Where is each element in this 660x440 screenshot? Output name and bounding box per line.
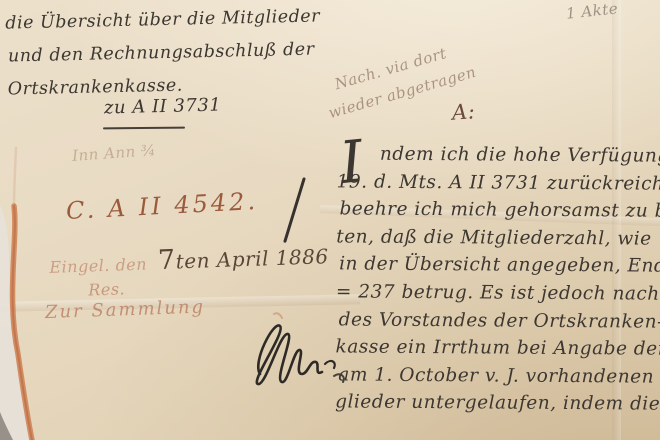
- body-paragraph: ndem ich die hohe Verfügung vom19. d. Mt…: [335, 140, 660, 419]
- body-line: kasse ein Irrthum bei Angabe der: [335, 334, 660, 365]
- signature: [222, 312, 352, 392]
- received-note: Eingel. den 7ten April 1886 Res. Zur Sam…: [49, 239, 331, 323]
- received-prefix: Eingel. den: [49, 254, 147, 276]
- slash-mark: [283, 177, 305, 243]
- body-line: am 1. October v. J. vorhandenen Mit-: [338, 361, 660, 392]
- body-line: beehre ich mich gehorsamst zu berich-: [339, 196, 660, 227]
- body-line: des Vorstandes der Ortskranken-: [339, 306, 660, 337]
- header-reference: zu A II 3731: [104, 94, 222, 118]
- initial-mark: A:: [451, 99, 476, 125]
- corner-note: 1 Akte: [565, 0, 619, 23]
- body-line: = 237 betrug. Es ist jedoch nach Bericht: [336, 278, 660, 309]
- reference-underline: [103, 127, 185, 130]
- body-line: in der Übersicht angegeben, Ende 18…: [339, 251, 660, 282]
- body-line: glieder untergelaufen, indem die: [335, 389, 660, 420]
- body-line: ndem ich die hohe Verfügung vom: [340, 140, 660, 171]
- body-line: ten, daß die Mitgliederzahl, wie: [336, 223, 660, 254]
- pencil-note: Inn Ann ¾: [71, 141, 156, 165]
- received-date-rest: ten April 1886: [175, 244, 329, 273]
- document-photo: die Übersicht über die Mitgliederund den…: [0, 0, 660, 440]
- header-subject-block: die Übersicht über die Mitgliederund den…: [5, 0, 322, 106]
- body-line: 19. d. Mts. A II 3731 zurückreiche,: [337, 168, 660, 199]
- received-date-day: 7: [157, 244, 176, 276]
- received-date: 7ten April 1886: [157, 239, 329, 276]
- registry-number: C. A II 4542.: [65, 187, 258, 225]
